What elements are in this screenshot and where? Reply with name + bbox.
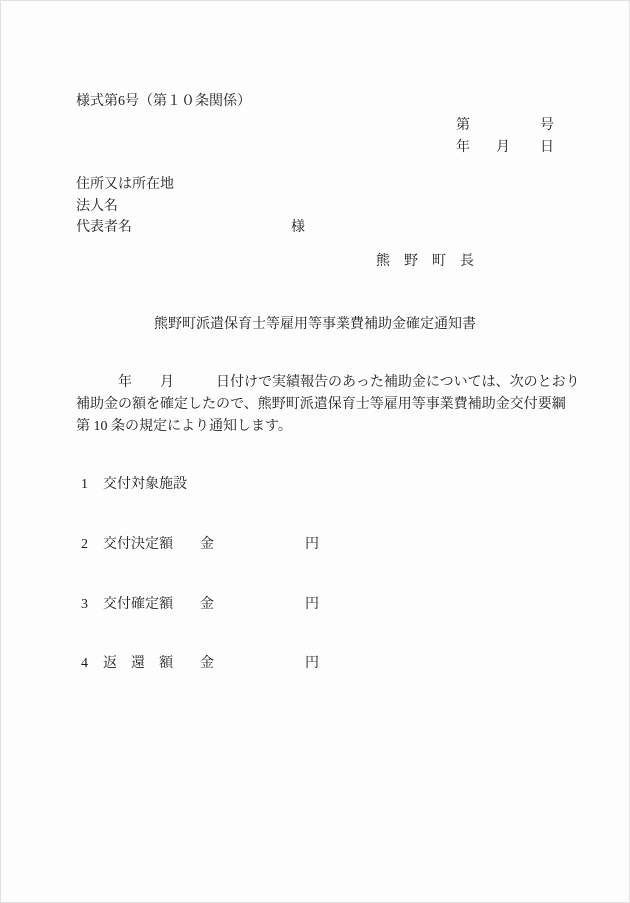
doc-number-prefix: 第 xyxy=(456,117,470,135)
amount-prefix: 金 xyxy=(200,536,214,554)
form-number: 様式第6号（第１０条関係） xyxy=(76,93,251,111)
item-number: 3 xyxy=(81,596,88,614)
honorific-label: 様 xyxy=(291,219,305,237)
item-label: 交付対象施設 xyxy=(103,476,187,494)
item-row: 4 返 還 額 金 円 xyxy=(1,655,629,673)
amount-prefix: 金 xyxy=(200,655,214,673)
item-label: 交付決定額 xyxy=(103,536,173,554)
doc-number-suffix: 号 xyxy=(540,117,554,135)
corporate-name-label: 法人名 xyxy=(76,198,118,216)
item-number: 1 xyxy=(81,476,88,494)
sender-title: 熊 野 町 長 xyxy=(376,253,474,271)
document-title: 熊野町派遣保育士等雇用等事業費補助金確定通知書 xyxy=(1,316,629,334)
item-label: 返 還 額 xyxy=(103,655,173,673)
amount-prefix: 金 xyxy=(200,596,214,614)
body-paragraph: 年 月 日付けで実績報告のあった補助金については、次のとおり 補助金の額を確定し… xyxy=(76,372,566,438)
date-year-label: 年 xyxy=(456,139,470,157)
item-row: 2 交付決定額 金 円 xyxy=(1,536,629,554)
item-number: 4 xyxy=(81,655,88,673)
item-label: 交付確定額 xyxy=(103,596,173,614)
document-page: 様式第6号（第１０条関係） 第 号 年 月 日 住所又は所在地 法人名 代表者名… xyxy=(0,0,630,903)
date-day-label: 日 xyxy=(540,139,554,157)
representative-label: 代表者名 xyxy=(76,219,132,237)
item-number: 2 xyxy=(81,536,88,554)
date-month-label: 月 xyxy=(496,139,510,157)
amount-suffix: 円 xyxy=(305,655,319,673)
amount-suffix: 円 xyxy=(305,596,319,614)
amount-suffix: 円 xyxy=(305,536,319,554)
address-label: 住所又は所在地 xyxy=(76,176,174,194)
item-row: 1 交付対象施設 xyxy=(1,476,629,494)
item-row: 3 交付確定額 金 円 xyxy=(1,596,629,614)
